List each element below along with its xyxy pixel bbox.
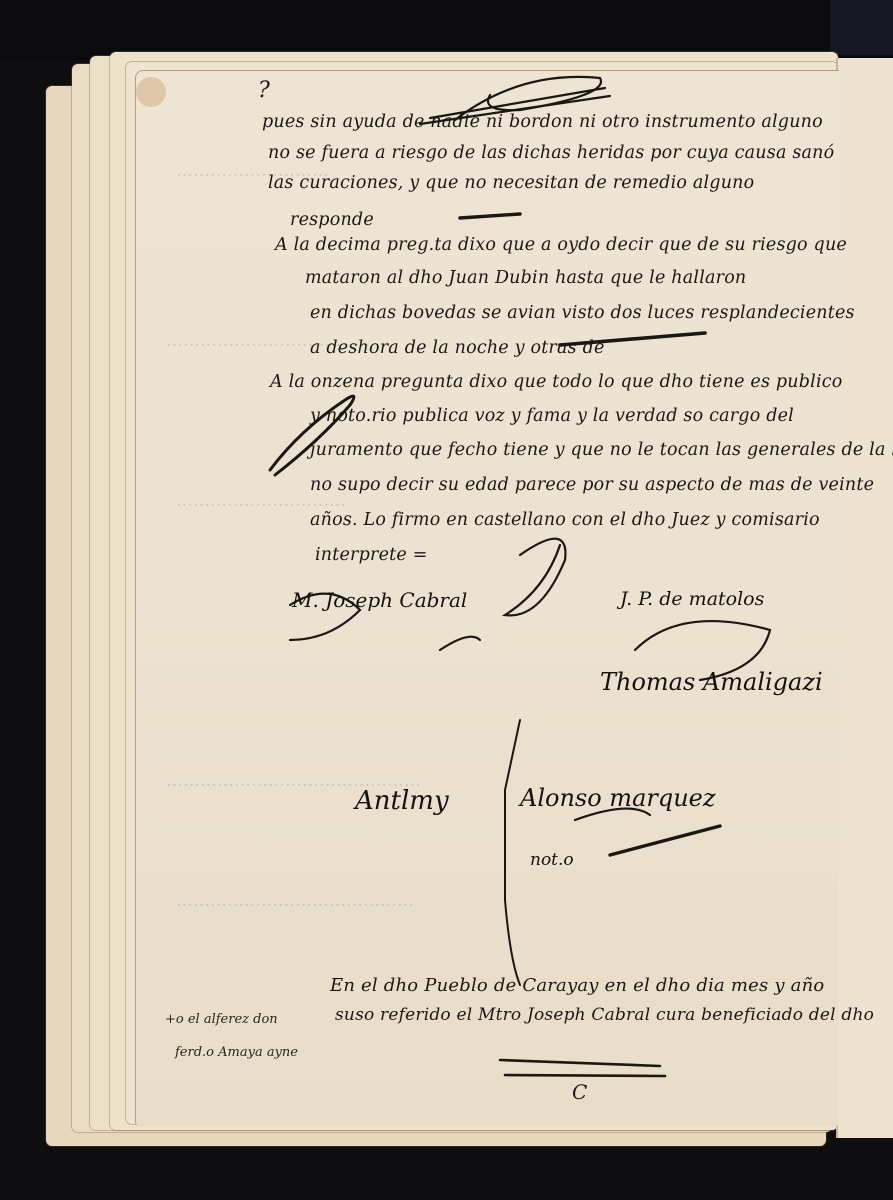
margin-note-line-2: ferd.o Amaya ayne bbox=[175, 1045, 298, 1060]
text-line-3: las curaciones, y que no necesitan de re… bbox=[268, 173, 754, 193]
text-line-13: años. Lo firmo en castellano con el dho … bbox=[310, 510, 820, 530]
backdrop bbox=[0, 0, 893, 60]
facing-page-edge bbox=[836, 58, 893, 1138]
margin-note-line-1: +o el alferez don bbox=[165, 1012, 278, 1027]
text-line-14: interprete = bbox=[315, 545, 428, 565]
signature-matolos: J. P. de matolos bbox=[620, 588, 764, 610]
text-line-4: responde bbox=[290, 210, 374, 230]
backdrop-cloth bbox=[830, 0, 893, 55]
signature-joseph-cabral: M. Joseph Cabral bbox=[292, 588, 467, 612]
text-line-12: no supo decir su edad parece por su aspe… bbox=[310, 475, 874, 495]
text-line-9: A la onzena pregunta dixo que todo lo qu… bbox=[270, 372, 843, 392]
page-mark-bottom: C bbox=[572, 1080, 588, 1104]
signature-thomas: Thomas Amaligazi bbox=[600, 668, 823, 696]
text-line-7: en dichas bovedas se avian visto dos luc… bbox=[310, 303, 855, 323]
text-line-10: y noto.rio publica voz y fama y la verda… bbox=[310, 406, 794, 426]
bleed-through-text: …………………………………… bbox=[176, 891, 414, 911]
text-line-5: A la decima preg.ta dixo que a oydo deci… bbox=[275, 235, 847, 255]
signature-notary: Alonso marquez bbox=[520, 784, 716, 812]
text-line-11: juramento que fecho tiene y que no le to… bbox=[310, 440, 893, 460]
text-line-2: no se fuera a riesgo de las dichas herid… bbox=[268, 143, 834, 163]
text-line-1: pues sin ayuda de nadie ni bordon ni otr… bbox=[262, 112, 823, 132]
closing-line-2: suso referido el Mtro Joseph Cabral cura… bbox=[335, 1005, 874, 1025]
closing-line-1: En el dho Pueblo de Carayay en el dho di… bbox=[330, 975, 824, 996]
signature-antlmy: Antlmy bbox=[355, 786, 449, 816]
text-line-8: a deshora de la noche y otras de bbox=[310, 338, 605, 358]
page-mark-top: ? bbox=[258, 78, 270, 103]
text-line-6: mataron al dho Juan Dubin hasta que le h… bbox=[305, 268, 746, 288]
paper-stain bbox=[136, 77, 166, 107]
notary-title: not.o bbox=[530, 850, 574, 870]
